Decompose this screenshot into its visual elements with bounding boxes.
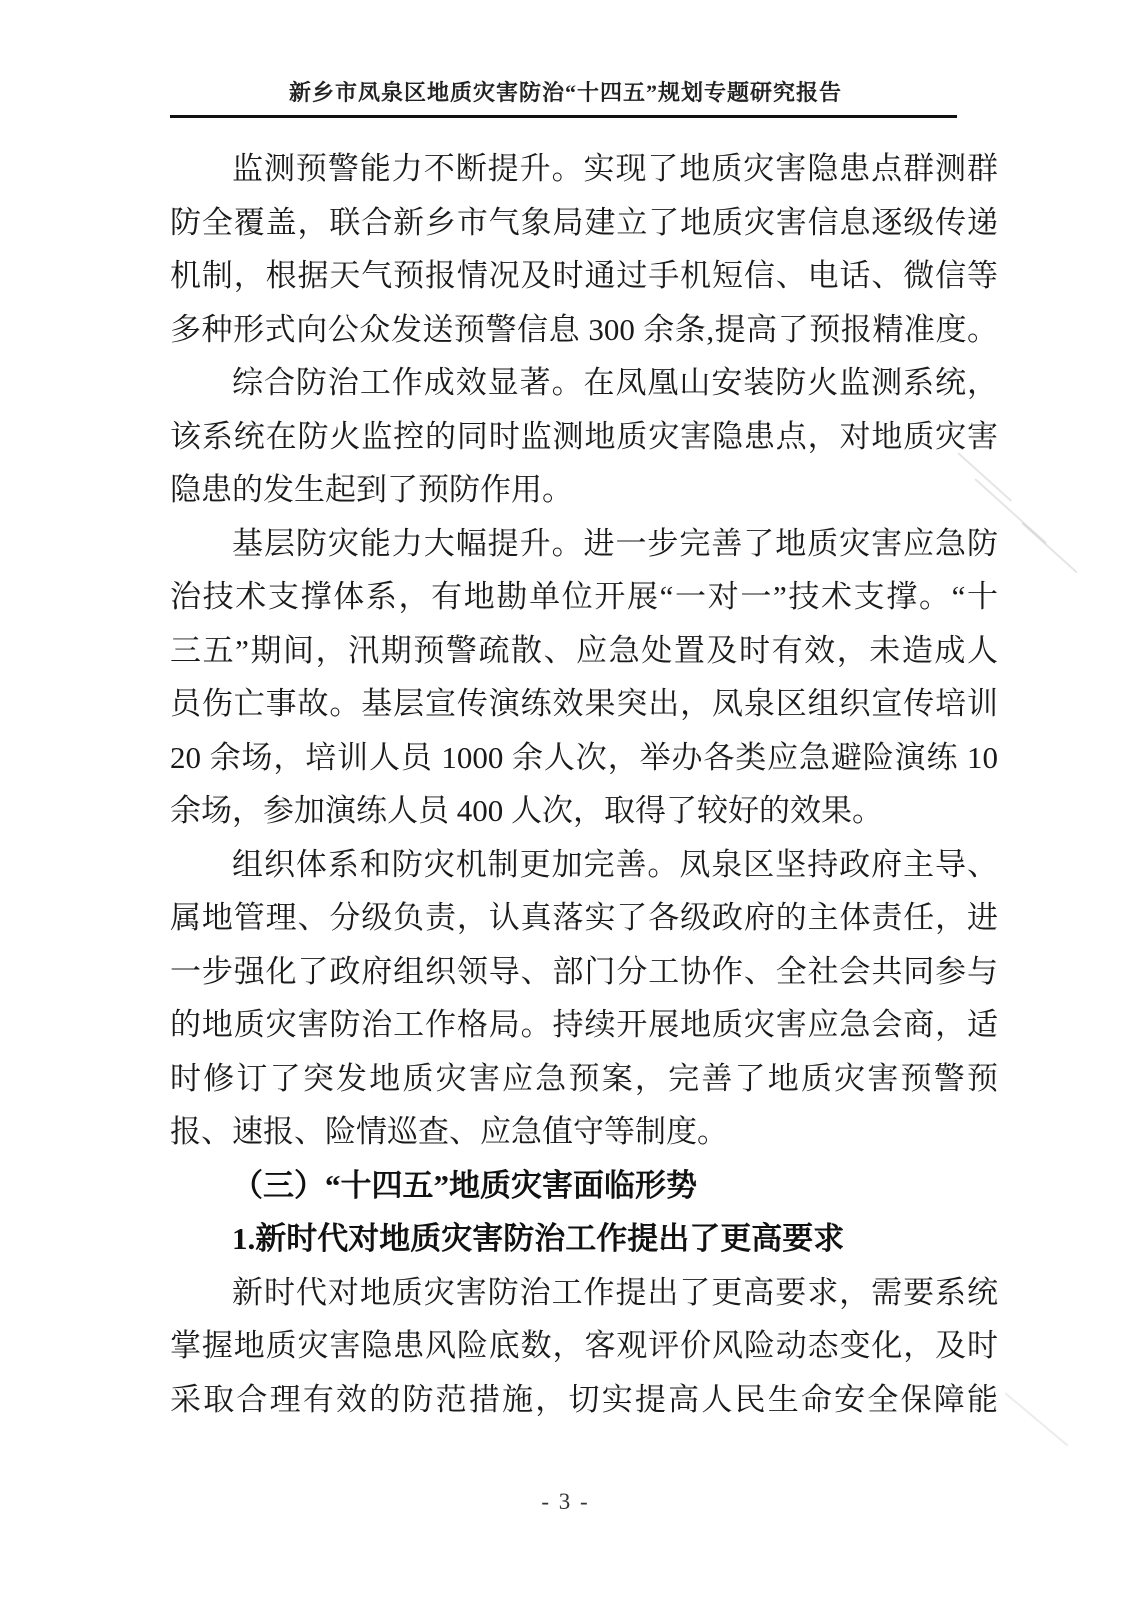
text-line: 该系统在防火监控的同时监测地质灾害隐患点，对地质灾害 <box>170 410 998 464</box>
text-line: 20 余场，培训人员 1000 余人次，举办各类应急避险演练 10 <box>170 731 998 785</box>
text-line: 采取合理有效的防范措施，切实提高人民生命安全保障能 <box>170 1373 998 1427</box>
header-rule <box>170 115 957 118</box>
text-line: 员伤亡事故。基层宣传演练效果突出，凤泉区组织宣传培训 <box>170 677 998 731</box>
text-line: 报、速报、险情巡查、应急值守等制度。 <box>170 1105 998 1159</box>
text-line: 三五”期间，汛期预警疏散、应急处置及时有效，未造成人 <box>170 624 998 678</box>
text-line: 属地管理、分级负责，认真落实了各级政府的主体责任，进 <box>170 891 998 945</box>
text-line: 多种形式向公众发送预警信息 300 余条,提高了预报精准度。 <box>170 303 998 357</box>
text-line: 防全覆盖，联合新乡市气象局建立了地质灾害信息逐级传递 <box>170 196 998 250</box>
subsection-heading: 1.新时代对地质灾害防治工作提出了更高要求 <box>170 1212 998 1266</box>
text-line: 组织体系和防灾机制更加完善。凤泉区坚持政府主导、 <box>170 838 998 892</box>
page-header-title: 新乡市凤泉区地质灾害防治“十四五”规划专题研究报告 <box>0 76 1131 110</box>
text-line: 余场，参加演练人员 400 人次，取得了较好的效果。 <box>170 784 998 838</box>
text-line: 机制，根据天气预报情况及时通过手机短信、电话、微信等 <box>170 249 998 303</box>
section-heading: （三）“十四五”地质灾害面临形势 <box>170 1159 998 1213</box>
document-body: 监测预警能力不断提升。实现了地质灾害隐患点群测群防全覆盖，联合新乡市气象局建立了… <box>170 142 998 1426</box>
text-line: 时修订了突发地质灾害应急预案，完善了地质灾害预警预 <box>170 1052 998 1106</box>
text-line: 一步强化了政府组织领导、部门分工协作、全社会共同参与 <box>170 945 998 999</box>
text-line: 的地质灾害防治工作格局。持续开展地质灾害应急会商，适 <box>170 998 998 1052</box>
text-line: 掌握地质灾害隐患风险底数，客观评价风险动态变化，及时 <box>170 1319 998 1373</box>
text-line: 基层防灾能力大幅提升。进一步完善了地质灾害应急防 <box>170 517 998 571</box>
text-line: 治技术支撑体系，有地勘单位开展“一对一”技术支撑。“十 <box>170 570 998 624</box>
text-line: 隐患的发生起到了预防作用。 <box>170 463 998 517</box>
text-line: 监测预警能力不断提升。实现了地质灾害隐患点群测群 <box>170 142 998 196</box>
document-page: 新乡市凤泉区地质灾害防治“十四五”规划专题研究报告 监测预警能力不断提升。实现了… <box>0 0 1131 1600</box>
page-number: - 3 - <box>0 1486 1131 1518</box>
scan-scratch-artifact <box>1021 522 1077 573</box>
text-line: 新时代对地质灾害防治工作提出了更高要求，需要系统 <box>170 1266 998 1320</box>
text-line: 综合防治工作成效显著。在凤凰山安装防火监测系统， <box>170 356 998 410</box>
scan-scratch-artifact <box>1004 1392 1068 1446</box>
